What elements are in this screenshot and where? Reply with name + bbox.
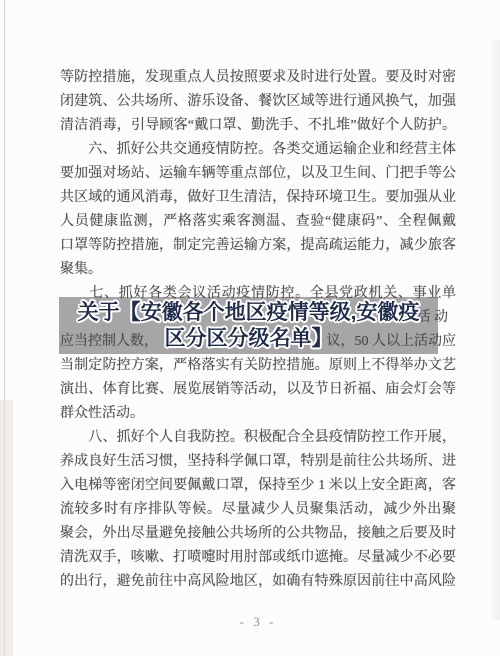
document-text-line: 养成良好生活习惯，坚持科学佩口罩，特别是前往公共场所、进 <box>60 450 456 474</box>
document-text-line: 清洗双手，咳嗽、打喷嚏时用肘部或纸巾遮掩。尽量减少不必要 <box>60 546 456 570</box>
document-text-line: 等防控措施，发现重点人员按照要求及时进行处置。要及时对密 <box>60 66 456 90</box>
scanned-document-page: 等防控措施，发现重点人员按照要求及时进行处置。要及时对密 闭建筑、公共场所、游乐… <box>0 0 500 656</box>
document-text-line: 聚集。 <box>60 258 456 282</box>
document-text-line: 流较多时有序排队等候。尽量减少人员聚集活动，减少外出聚餐、 <box>60 498 456 522</box>
document-text-line: 演出、体育比赛、展览展销等活动，以及节日祈福、庙会灯会等 <box>60 378 456 402</box>
banner-title-line-1: 关于【安徽各个地区疫情等级,安徽疫 <box>78 300 420 326</box>
document-text-line: 口罩等防控措施，制定完善运输方案，提高疏运能力，减少旅客 <box>60 234 456 258</box>
page-number: - 3 - <box>60 614 456 638</box>
document-text-line: 八、抓好个人自我防控。积极配合全县疫情防控工作开展， <box>60 426 456 450</box>
document-text-line: 当制定防控方案，严格落实有关防控措施。原则上不得举办文艺 <box>60 354 456 378</box>
highlight-banner: 关于【安徽各个地区疫情等级,安徽疫 区分区分级名单】 <box>59 297 438 354</box>
document-text-line: 的出行，避免前往中高风险地区，如确有特殊原因前往中高风险 <box>60 570 456 594</box>
document-text-line: 共区域的通风消毒，做好卫生清洁，保持环境卫生。要加强从业 <box>60 186 456 210</box>
document-text-line: 六、抓好公共交通疫情防控。各类交通运输企业和经营主体 <box>60 138 456 162</box>
scan-right-shade <box>490 40 500 620</box>
banner-title-line-2: 区分区分级名单】 <box>165 326 333 352</box>
document-text-line: 清洁消毒，引导顾客“戴口罩、勤洗手、不扎堆”做好个人防护。 <box>60 114 456 138</box>
document-text-line: 人员健康监测，严格落实乘客测温、查验“健康码”、全程佩戴 <box>60 210 456 234</box>
document-text-line: 入电梯等密闭空间要佩戴口罩，保持至少 1 米以上安全距离，客 <box>60 474 456 498</box>
document-text-line: 闭建筑、公共场所、游乐设备、餐饮区域等进行通风换气，加强 <box>60 90 456 114</box>
document-text-line: 聚会，外出尽量避免接触公共场所的公共物品，接触之后要及时 <box>60 522 456 546</box>
document-text-line: 要加强对场站、运输车辆等重点部位，以及卫生间、门把手等公 <box>60 162 456 186</box>
document-text-line: 群众性活动。 <box>60 402 456 426</box>
scan-edge-tint <box>0 400 13 656</box>
